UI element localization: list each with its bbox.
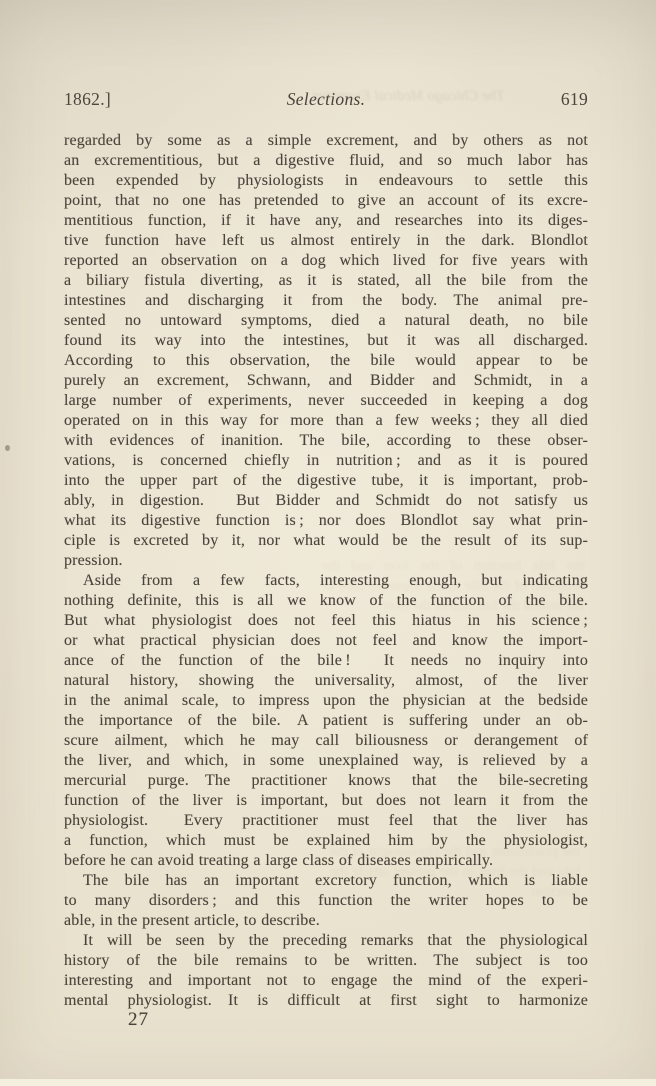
text-line: mercurial purge. The practitioner knows … — [64, 771, 588, 791]
text-line: pression. — [64, 551, 588, 571]
text-line: sented no untoward symptoms, died a natu… — [64, 311, 588, 331]
text-line: natural history, showing the universalit… — [64, 671, 588, 691]
header-page-number: 619 — [561, 89, 588, 110]
text-line: interesting and important not to engage … — [64, 971, 588, 991]
text-line: tive function have left us almost entire… — [64, 231, 588, 251]
text-line: vations, is concerned chiefly in nutriti… — [64, 451, 588, 471]
text-line: regarded by some as a simple excrement, … — [64, 131, 588, 151]
text-line: able, in the present article, to describ… — [64, 911, 588, 931]
text-line: what its digestive function is ; nor doe… — [64, 511, 588, 531]
text-line: before he can avoid treating a large cla… — [64, 851, 588, 871]
page-body: regarded by some as a simple excrement, … — [64, 131, 588, 1011]
text-line: operated on in this way for more than a … — [64, 411, 588, 431]
text-line: ably, in digestion. But Bidder and Schmi… — [64, 491, 588, 511]
text-line: The bile has an important excretory func… — [64, 871, 588, 891]
text-line: to many disorders ; and this function th… — [64, 891, 588, 911]
text-line: intestines and discharging it from the b… — [64, 291, 588, 311]
paragraph: The bile has an important excretory func… — [64, 871, 588, 931]
text-line: function of the liver is important, but … — [64, 791, 588, 811]
text-line: or what practical physician does not fee… — [64, 631, 588, 651]
text-line: scure ailment, which he may call bilious… — [64, 731, 588, 751]
text-line: a biliary fistula diverting, as it is st… — [64, 271, 588, 291]
paragraph: It will be seen by the preceding remarks… — [64, 931, 588, 1011]
scanned-book-page: The Chicago Medical Examiner. the bile f… — [0, 0, 656, 1086]
text-line: the liver, and which, in some unexplaine… — [64, 751, 588, 771]
text-line: ance of the function of the bile ! It ne… — [64, 651, 588, 671]
text-line: been expended by physiologists in endeav… — [64, 171, 588, 191]
text-line: large number of experiments, never succe… — [64, 391, 588, 411]
text-line: into the upper part of the digestive tub… — [64, 471, 588, 491]
paper-blemish — [5, 445, 10, 451]
paragraph: regarded by some as a simple excrement, … — [64, 131, 588, 571]
text-line: reported an observation on a dog which l… — [64, 251, 588, 271]
text-line: with evidences of inanition. The bile, a… — [64, 431, 588, 451]
text-line: ciple is excreted by it, nor what would … — [64, 531, 588, 551]
paragraph: Aside from a few facts, interesting enou… — [64, 571, 588, 871]
text-line: Aside from a few facts, interesting enou… — [64, 571, 588, 591]
scan-bottom-edge — [0, 1078, 656, 1086]
text-line: the importance of the bile. A patient is… — [64, 711, 588, 731]
text-line: purely an excrement, Schwann, and Bidder… — [64, 371, 588, 391]
running-head: 1862.] Selections. 619 — [64, 89, 588, 111]
signature-mark: 27 — [128, 1009, 149, 1031]
text-line: physiologist. Every practitioner must fe… — [64, 811, 588, 831]
text-line: point, that no one has pretended to give… — [64, 191, 588, 211]
text-line: According to this observation, the bile … — [64, 351, 588, 371]
header-running-title: Selections. — [64, 89, 588, 110]
text-line: a function, which must be explained him … — [64, 831, 588, 851]
text-line: It will be seen by the preceding remarks… — [64, 931, 588, 951]
text-line: in the animal scale, to impress upon the… — [64, 691, 588, 711]
text-line: mentitious function, if it have any, and… — [64, 211, 588, 231]
text-line: an excrementitious, but a digestive flui… — [64, 151, 588, 171]
text-line: found its way into the intestines, but i… — [64, 331, 588, 351]
text-line: history of the bile remains to be writte… — [64, 951, 588, 971]
text-line: But what physiologist does not feel this… — [64, 611, 588, 631]
text-line: nothing definite, this is all we know of… — [64, 591, 588, 611]
text-line: mental physiologist. It is difficult at … — [64, 991, 588, 1011]
